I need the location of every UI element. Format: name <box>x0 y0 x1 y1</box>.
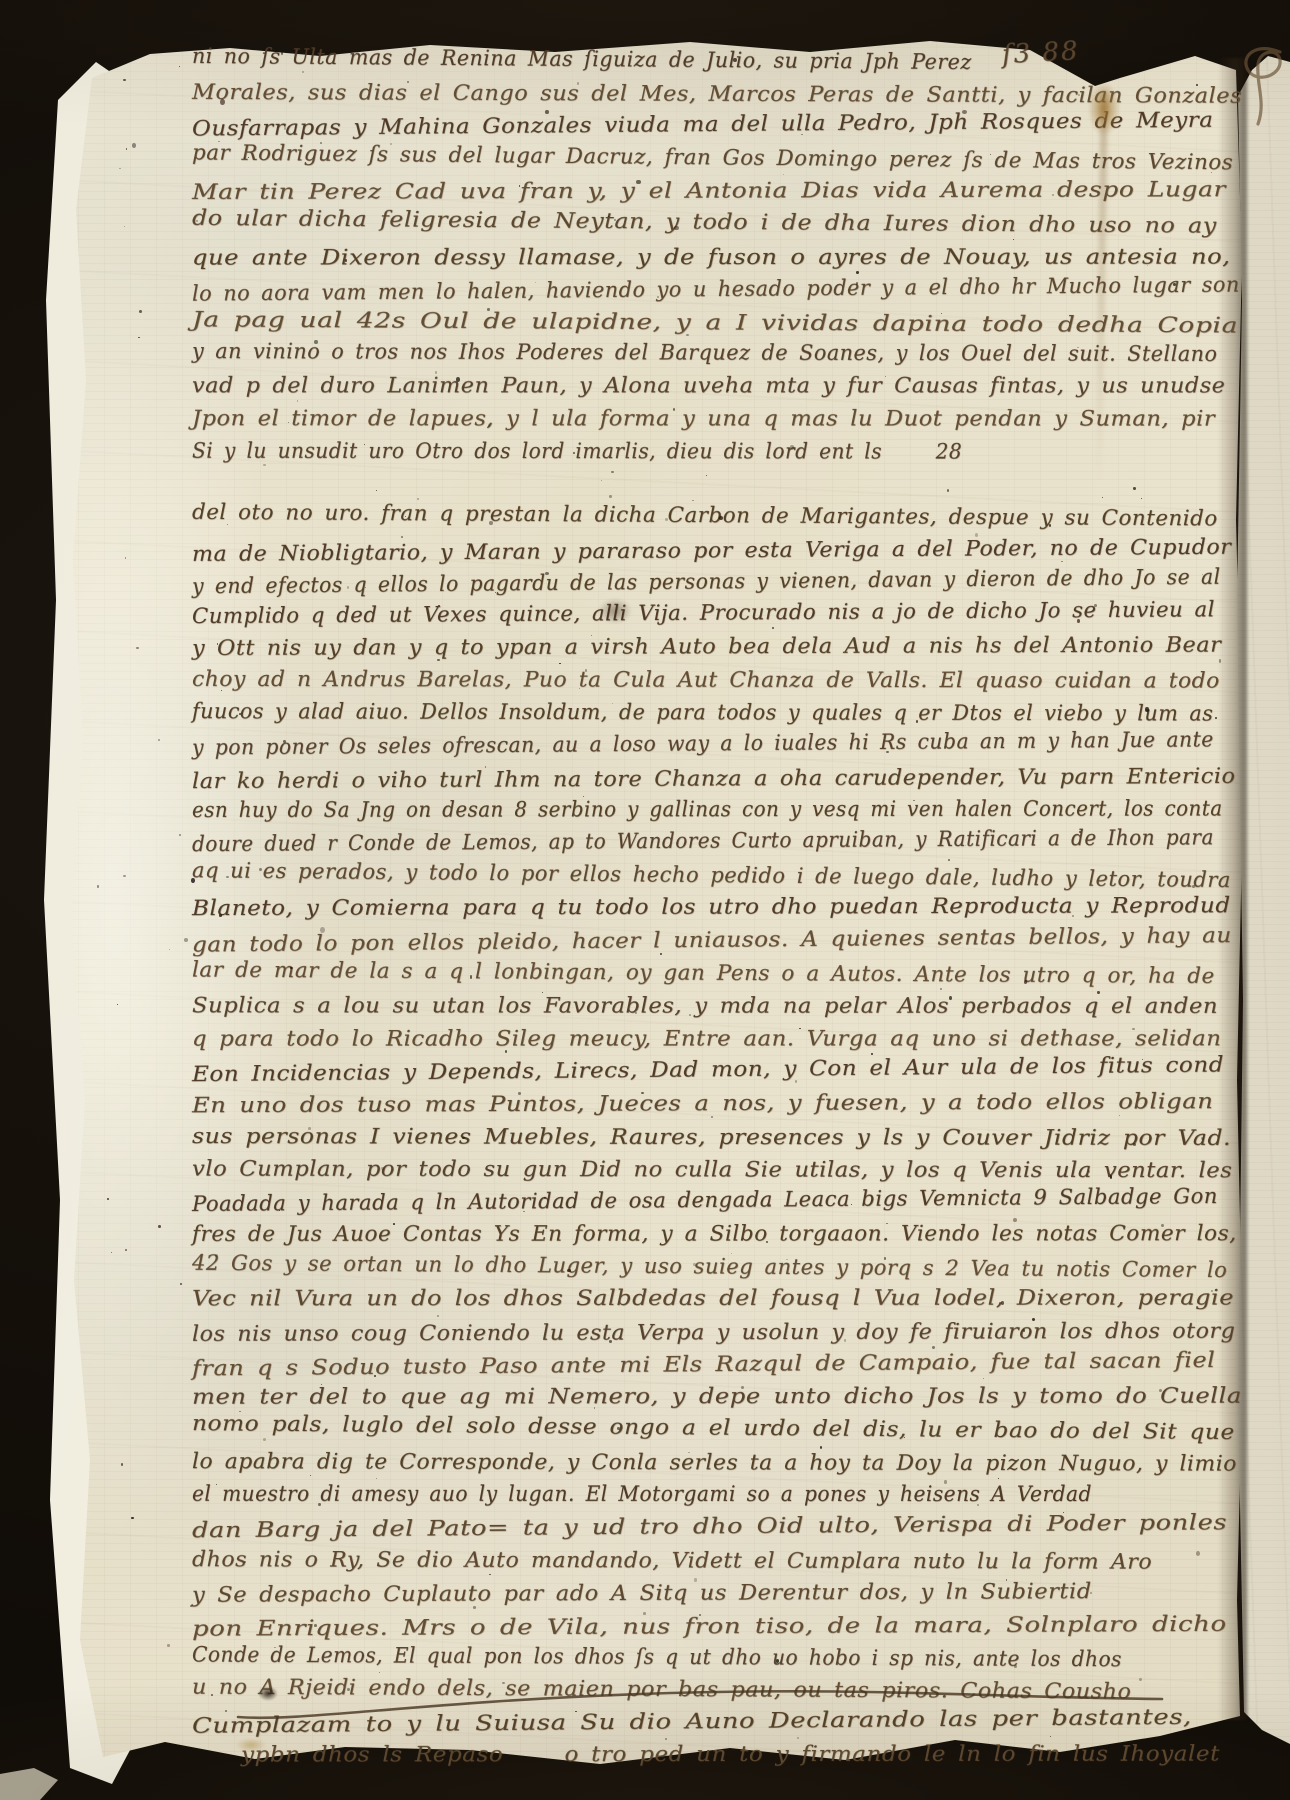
manuscript-line: vad p del duro Lanimen Paun, y Alona uve… <box>192 369 1244 402</box>
manuscript-line: Cumplido q ded ut Vexes quince, alli Vij… <box>192 593 1244 633</box>
manuscript-line: del oto no uro. fran q prestan la dicha … <box>192 496 1244 535</box>
flourish-initial-icon <box>1236 40 1290 130</box>
manuscript-line: esn huy do Sa Jng on desan 8 serbino y g… <box>192 792 1244 826</box>
manuscript-line: Suplica s a lou su utan los Favorables, … <box>192 989 1244 1022</box>
manuscript-line: nomo pals, luglo del solo desse ongo a e… <box>192 1407 1244 1449</box>
manuscript-line: sus personas I vienes Muebles, Raures, p… <box>192 1120 1244 1155</box>
manuscript-line: ypbn dhos ls Repaso o tro ped un to y fi… <box>192 1737 1244 1771</box>
manuscript-line: Poadada y harada q ln Autoridad de osa d… <box>192 1180 1244 1221</box>
manuscript-line: Jpon el timor de lapues, y l ula forma y… <box>192 402 1244 435</box>
manuscript-text: ni no ſs Ulta mas de Renina Mas ſiguiza … <box>192 44 1244 1771</box>
manuscript-line: Vec nil Vura un do los dhos Salbdedas de… <box>192 1281 1244 1314</box>
folio-number: ſ3 88 <box>1001 36 1080 70</box>
manuscript-scan: ni no ſs Ulta mas de Renina Mas ſiguiza … <box>0 0 1290 1800</box>
manuscript-line: el muestro di amesy auo ly lugan. El Mot… <box>192 1478 1244 1511</box>
manuscript-line: lar de mar de la s a q l lonbingan, oy g… <box>192 953 1244 992</box>
manuscript-line: y Se despacho Cuplauto par ado A Sitq us… <box>192 1574 1244 1611</box>
manuscript-line: dhos nis o Ry, Se dio Auto mandando, Vid… <box>192 1543 1244 1578</box>
manuscript-line: y pon poner Os seles ofrescan, au a loso… <box>192 724 1244 765</box>
manuscript-line: ni no ſs Ulta mas de Renina Mas ſiguiza … <box>192 40 1244 81</box>
manuscript-line: lo apabra dig te Corresponde, y Conla se… <box>192 1445 1244 1480</box>
manuscript-line: y Ott nis uy dan y q to ypan a virsh Aut… <box>192 628 1244 664</box>
manuscript-line: par Rodriguez ſs sus del lugar Dacruz, f… <box>192 136 1244 179</box>
manuscript-line: choy ad n Andrus Barelas, Puo ta Cula Au… <box>192 663 1244 697</box>
manuscript-line: dan Barg ja del Pato= ta y ud tro dho Oi… <box>192 1506 1244 1547</box>
manuscript-line: Si y lu unsudit uro Otro dos lord imarli… <box>192 435 1244 469</box>
manuscript-line: que ante Dixeron dessy llamase, y de fus… <box>192 240 1244 274</box>
paper-scrap-corner <box>0 1768 60 1800</box>
manuscript-line: fres de Jus Auoe Contas Ys En forma, y a… <box>192 1218 1244 1251</box>
manuscript-line: do ular dicha feligresia de Neytan, y to… <box>192 202 1244 243</box>
manuscript-line: En uno dos tuso mas Puntos, Jueces a nos… <box>192 1085 1244 1122</box>
manuscript-line: Cumplazam to y lu Suiusa Su dio Auno Dec… <box>192 1701 1244 1743</box>
manuscript-line: y an vinino o tros nos Ihos Poderes del … <box>192 335 1244 371</box>
